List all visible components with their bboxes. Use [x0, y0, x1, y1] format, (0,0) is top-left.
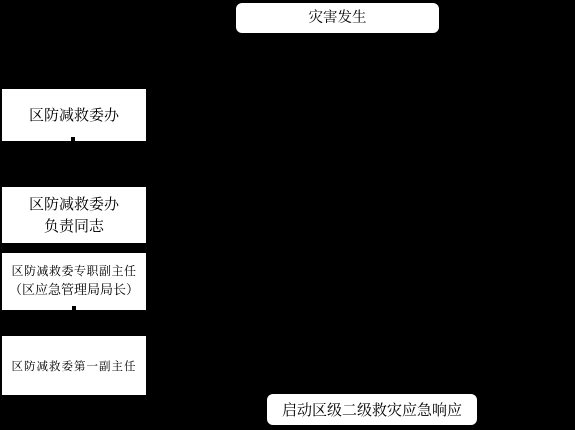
node-office-responsible-comrade: 区防减救委办 负责同志	[2, 187, 146, 243]
node-disaster-occurs: 灾害发生	[236, 3, 439, 33]
flowchart-canvas: 灾害发生 区防减救委办 区防减救委办 负责同志 区防减救委专职副主任 （区应急管…	[0, 0, 575, 430]
node-label: 灾害发生	[309, 8, 367, 28]
node-full-time-deputy-director: 区防减救委专职副主任 （区应急管理局局长）	[2, 253, 146, 310]
node-label-line-1: 区防减救委专职副主任	[11, 262, 136, 281]
node-activate-level2-response: 启动区级二级救灾应急响应	[267, 394, 477, 425]
connector-arrow-tip	[71, 137, 75, 141]
node-district-committee-office: 区防减救委办	[2, 89, 146, 141]
node-first-deputy-director: 区防减救委第一副主任	[2, 336, 146, 395]
node-label-line-1: 区防减救委办	[29, 193, 119, 215]
node-label-line-2: 负责同志	[44, 215, 104, 237]
connector-arrow-tip	[72, 306, 76, 310]
node-label: 区防减救委第一副主任	[12, 358, 137, 374]
node-label-line-2: （区应急管理局局长）	[9, 281, 139, 301]
node-label: 区防减救委办	[29, 104, 119, 126]
node-label: 启动区级二级救灾应急响应	[282, 399, 462, 421]
